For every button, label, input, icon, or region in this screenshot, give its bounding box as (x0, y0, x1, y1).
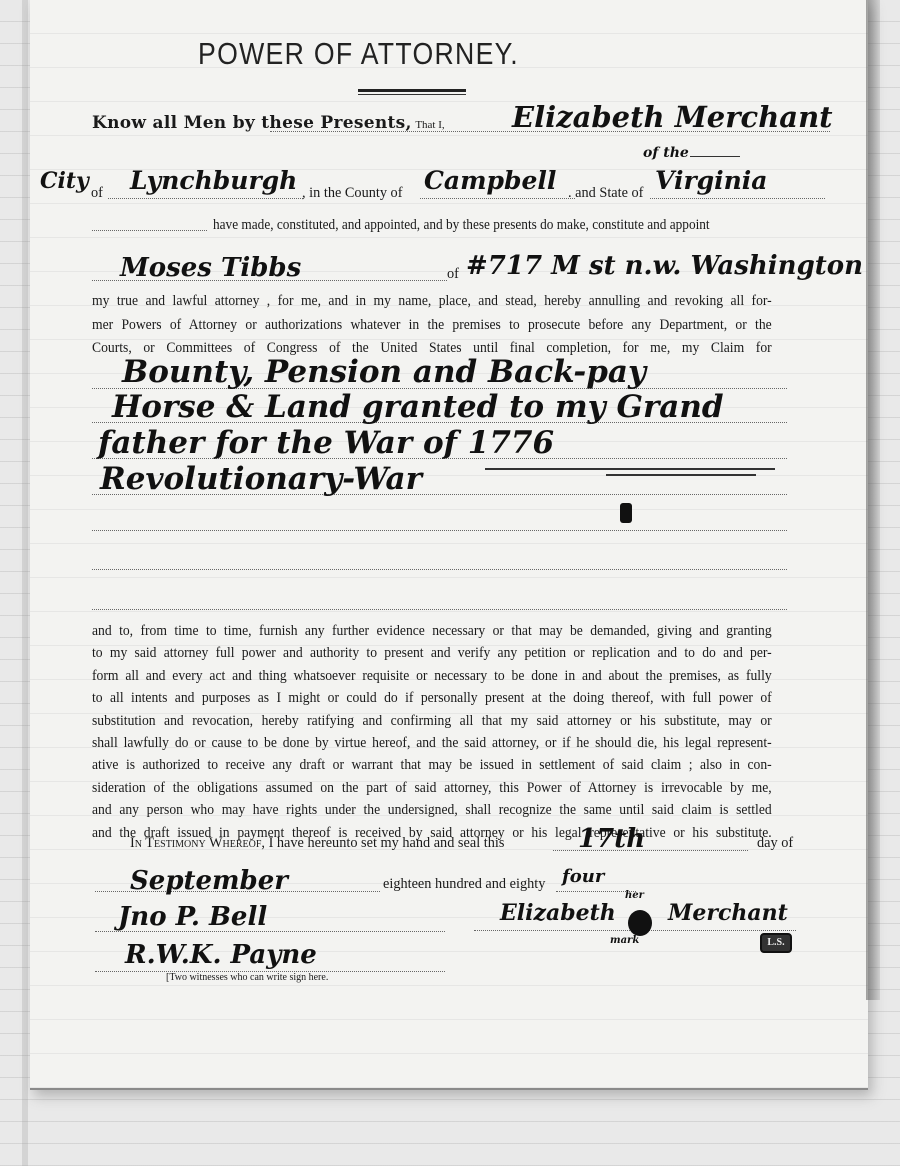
county-blank (420, 198, 575, 199)
state-blank (650, 198, 825, 199)
paragraph-line: to all intents and purposes as I might o… (92, 687, 772, 709)
mark-label-mark: mark (610, 935, 639, 946)
document-title: POWER OF ATTORNEY. (198, 36, 519, 72)
further-authority-paragraph: and to, from time to time, furnish any f… (92, 620, 772, 844)
ink-mark (620, 503, 632, 523)
claim-line-stroke (606, 474, 756, 476)
seal-ls: L.S. (760, 933, 792, 953)
signature-first-name: Elizabeth (500, 900, 616, 926)
signature-mark-x (628, 910, 652, 936)
paragraph-line: and to, from time to time, furnish any f… (92, 620, 772, 642)
grantor-name: Elizabeth Merchant (512, 100, 833, 134)
claim-line: Bounty, Pension and Back-pay (122, 354, 646, 390)
title-double-rule (358, 89, 466, 95)
day-of-label: day of (757, 835, 793, 852)
that-i-label: That I, (415, 119, 444, 131)
month-value: September (130, 866, 288, 896)
paragraph-line: ative is authorized to receive any draft… (92, 754, 772, 776)
attorney-address: #717 M st n.w. Washington (466, 251, 863, 281)
intro-line: Know all Men by these Presents, That I, (92, 113, 445, 133)
testimony-line: In Testimony Whereof, I have hereunto se… (130, 835, 504, 852)
claim-line: father for the War of 1776 (98, 425, 554, 461)
signature-last-name: Merchant (668, 900, 788, 926)
city-of-label: of (91, 185, 103, 202)
state-label: . and State of (568, 185, 643, 202)
appoint-blank (92, 230, 207, 231)
city-value: Lynchburgh (130, 166, 297, 195)
city-blank (108, 198, 303, 199)
paragraph-line: shall lawfully do or cause to be done by… (92, 732, 772, 754)
appoint-line: have made, constituted, and appointed, a… (213, 217, 710, 234)
paragraph-line: to my said attorney full power and autho… (92, 642, 772, 664)
state-value: Virginia (655, 166, 767, 195)
county-label: , in the County of (302, 185, 402, 202)
witness-note: [Two witnesses who can write sign here. (166, 972, 328, 983)
interline-stroke (690, 156, 740, 157)
attorney-of-label: of (447, 266, 459, 283)
intro-lead: Know all Men by these Presents, (92, 113, 412, 133)
residence-prefix: City (40, 168, 89, 194)
claim-line-stroke (485, 468, 775, 470)
mark-label-her: her (625, 890, 644, 901)
claim-blank (92, 530, 787, 531)
paragraph-line: and any person who may have rights under… (92, 799, 772, 821)
testimony-lead: In Testimony Whereof, (130, 835, 265, 851)
witness-signature: R.W.K. Payne (125, 940, 317, 970)
testimony-text: I have hereunto set my hand and seal thi… (269, 835, 505, 851)
claim-blank (92, 609, 787, 610)
interlined-of-the: of the (643, 145, 689, 161)
authority-line: mer Powers of Attorney or authorizations… (92, 314, 772, 338)
paragraph-line: sideration of the obligations assumed on… (92, 777, 772, 799)
right-edge-shadow (866, 0, 880, 1000)
left-edge-shadow (22, 0, 28, 1166)
year-blank (556, 891, 636, 892)
authority-line: my true and lawful attorney , for me, an… (92, 290, 772, 314)
witness-signature: Jno P. Bell (118, 902, 267, 932)
authority-paragraph: my true and lawful attorney , for me, an… (92, 290, 772, 361)
year-label: eighteen hundred and eighty (383, 876, 545, 893)
day-value: 17th (578, 824, 645, 854)
claim-blank (92, 569, 787, 570)
claim-line: Revolutionary-War (100, 461, 422, 497)
paragraph-line: form all and every act and thing whatsoe… (92, 665, 772, 687)
attorney-name: Moses Tibbs (120, 253, 301, 283)
county-value: Campbell (424, 166, 556, 195)
year-value: four (562, 866, 604, 887)
paragraph-line: substitution and revocation, hereby rati… (92, 710, 772, 732)
claim-line: Horse & Land granted to my Grand (112, 389, 724, 425)
